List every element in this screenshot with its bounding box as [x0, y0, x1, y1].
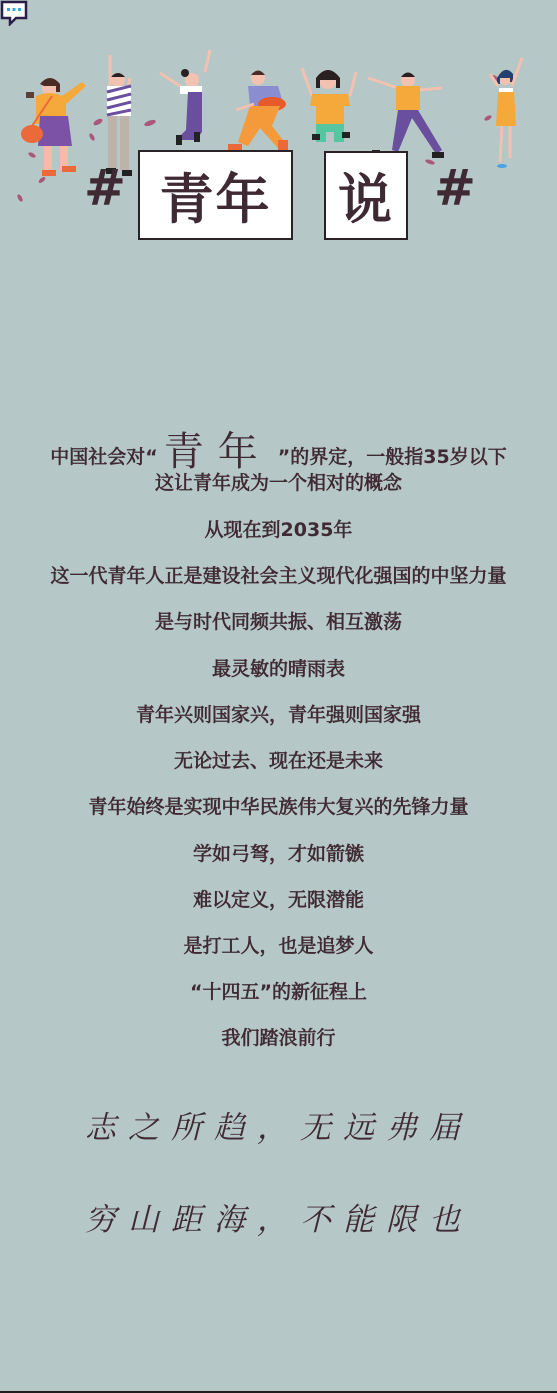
speech-bubble-icon — [0, 0, 28, 26]
person-7 — [490, 58, 522, 168]
text-line-13: 我们踏浪前行 — [0, 1023, 557, 1050]
text-line-2: 从现在到2035年 — [0, 515, 557, 542]
hash-right: # — [434, 163, 476, 213]
person-3 — [160, 50, 210, 145]
title-box-say: 说 — [324, 151, 408, 240]
intro-line: 中国社会对“青年”的界定，一般指35岁以下 — [0, 418, 557, 475]
person-2 — [106, 55, 132, 176]
title-box-youth: 青年 — [138, 150, 293, 240]
open-quote: “ — [145, 446, 158, 468]
text-line-7: 无论过去、现在还是未来 — [0, 746, 557, 773]
person-1 — [21, 78, 86, 176]
text-line-5: 最灵敏的晴雨表 — [0, 654, 557, 681]
hash-left: # — [84, 163, 126, 213]
text-line-9: 学如弓弩，才如箭镞 — [0, 839, 557, 866]
text-line-10: 难以定义，无限潜能 — [0, 885, 557, 912]
text-line-1: 这让青年成为一个相对的概念 — [0, 468, 557, 495]
intro-after: 的界定，一般指35岁以下 — [290, 446, 506, 468]
person-5 — [302, 68, 356, 142]
text-line-3: 这一代青年人正是建设社会主义现代化强国的中坚力量 — [0, 561, 557, 588]
text-line-12: “十四五”的新征程上 — [0, 977, 557, 1004]
person-6 — [368, 73, 444, 159]
text-line-4: 是与时代同频共振、相互激荡 — [0, 607, 557, 634]
close-quote: ” — [278, 446, 291, 468]
intro-before: 中国社会对 — [50, 446, 145, 468]
text-line-8: 青年始终是实现中华民族伟大复兴的先锋力量 — [0, 792, 557, 819]
person-4 — [228, 71, 288, 153]
text-line-6: 青年兴则国家兴，青年强则国家强 — [0, 700, 557, 727]
text-line-11: 是打工人，也是追梦人 — [0, 931, 557, 958]
closing-quote-2: 穷山距海，不能限也 — [0, 1194, 557, 1239]
closing-quote-1: 志之所趋，无远弗届 — [0, 1102, 557, 1147]
header-banner: # 青年 说 # — [0, 0, 557, 260]
